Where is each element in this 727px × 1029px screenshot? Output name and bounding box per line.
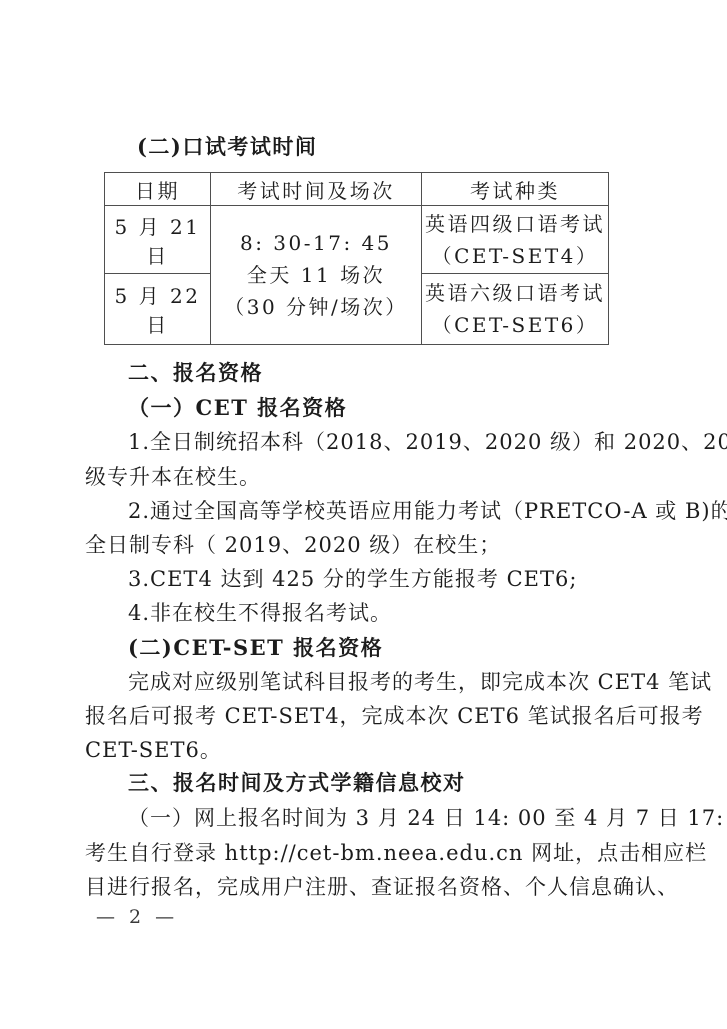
- registration-time-line3: 目进行报名，完成用户注册、查证报名资格、个人信息确认、: [85, 870, 643, 904]
- oral-exam-schedule-table: 日期 考试时间及场次 考试种类 5 月 21 日 8: 30-17: 45 全天…: [104, 172, 609, 345]
- registration-time-line2: 考生自行登录 http://cet-bm.neea.edu.cn 网址，点击相应…: [85, 836, 643, 870]
- table-header-date: 日期: [105, 173, 211, 206]
- cet-set-paragraph-line1: 完成对应级别笔试科目报考的考生，即完成本次 CET4 笔试: [85, 665, 643, 699]
- table-header-exam-type: 考试种类: [422, 173, 609, 206]
- page-number: — 2 —: [96, 906, 178, 928]
- qualification-item1-line2: 级专升本在校生。: [85, 460, 643, 494]
- section3-heading: 三、报名时间及方式学籍信息校对: [85, 767, 643, 801]
- document-page: (二)口试考试时间 日期 考试时间及场次 考试种类 5 月 21 日 8: 30…: [0, 0, 727, 1029]
- qualification-item2-line1: 2.通过全国高等学校英语应用能力考试（PRETCO-A 或 B)的: [85, 494, 643, 528]
- table-cell-cet-set6: 英语六级口语考试 （CET-SET6）: [422, 274, 609, 345]
- body-text-block: 二、报名资格 （一）CET 报名资格 1.全日制统招本科（2018、2019、2…: [85, 357, 643, 904]
- qualification-item1-line1: 1.全日制统招本科（2018、2019、2020 级）和 2020、2021: [85, 425, 643, 459]
- time-range-line: 8: 30-17: 45: [211, 227, 421, 259]
- table-row-may-21: 5 月 21 日 8: 30-17: 45 全天 11 场次 （30 分钟/场次…: [105, 206, 609, 274]
- cet-set4-code: （CET-SET4）: [422, 240, 608, 272]
- qualification-item2-line2: 全日制专科（ 2019、2020 级）在校生；: [85, 528, 643, 562]
- cet6-oral-exam-name: 英语六级口语考试: [422, 277, 608, 309]
- table-cell-time-sessions: 8: 30-17: 45 全天 11 场次 （30 分钟/场次）: [211, 206, 422, 345]
- table-cell-cet-set4: 英语四级口语考试 （CET-SET4）: [422, 206, 609, 274]
- qualification-item3: 3.CET4 达到 425 分的学生方能报考 CET6;: [85, 562, 643, 596]
- qualification-item4: 4.非在校生不得报名考试。: [85, 596, 643, 630]
- cet-set-paragraph-line3: CET-SET6。: [85, 733, 643, 767]
- sessions-per-day-line: 全天 11 场次: [211, 259, 421, 291]
- table-header-time-sessions: 考试时间及场次: [211, 173, 422, 206]
- minutes-per-session-line: （30 分钟/场次）: [211, 291, 421, 323]
- cet4-oral-exam-name: 英语四级口语考试: [422, 208, 608, 240]
- oral-exam-time-heading: (二)口试考试时间: [137, 131, 317, 161]
- cet-set-qualification-heading: (二)CET-SET 报名资格: [85, 631, 643, 665]
- table-cell-date-may-22: 5 月 22 日: [105, 274, 211, 345]
- section2-heading: 二、报名资格: [85, 357, 643, 391]
- cet-set-paragraph-line2: 报名后可报考 CET-SET4，完成本次 CET6 笔试报名后可报考: [85, 699, 643, 733]
- table-cell-date-may-21: 5 月 21 日: [105, 206, 211, 274]
- table-header-row: 日期 考试时间及场次 考试种类: [105, 173, 609, 206]
- cet-set6-code: （CET-SET6）: [422, 309, 608, 341]
- cet-qualification-heading: （一）CET 报名资格: [85, 391, 643, 425]
- registration-time-line1: （一）网上报名时间为 3 月 24 日 14: 00 至 4 月 7 日 17:…: [85, 801, 643, 835]
